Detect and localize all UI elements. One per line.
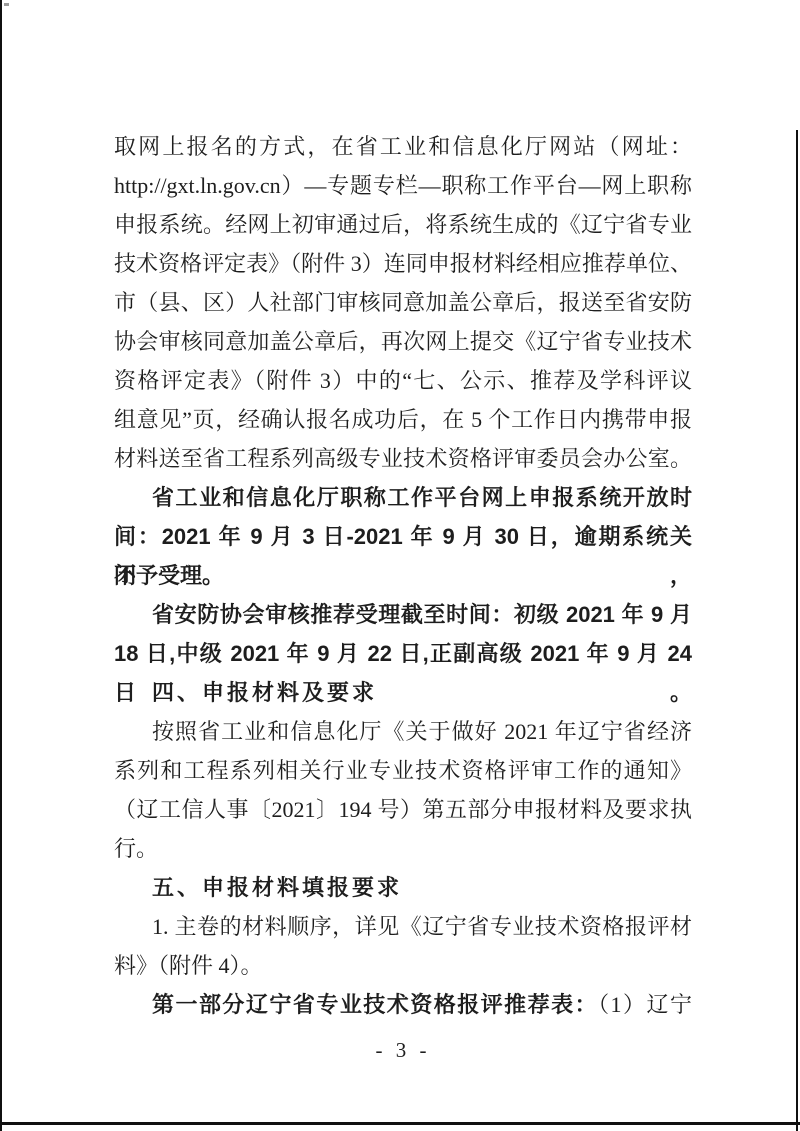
document-line: 间：2021 年 9 月 3 日-2021 年 9 月 30 日，逾期系统关闭， [114,517,692,556]
document-line: 组意见”页，经确认报名成功后，在 5 个工作日内携带申报 [114,400,692,439]
document-line: http://gxt.ln.gov.cn）—专题专栏—职称工作平台—网上职称 [114,166,692,205]
scan-edge-right [796,130,798,1131]
document-line: 1. 主卷的材料顺序，详见《辽宁省专业技术资格报评材 [114,907,692,946]
document-line: 市（县、区）人社部门审核同意加盖公章后，报送至省安防 [114,283,692,322]
scan-edge-bottom [0,1122,800,1125]
section-heading-5: 五、申报材料填报要求 [114,868,692,907]
scan-edge-left [0,0,2,1131]
document-line: 申报系统。经网上初审通过后，将系统生成的《辽宁省专业 [114,205,692,244]
document-line: 行。 [114,829,692,868]
document-line: 协会审核同意加盖公章后，再次网上提交《辽宁省专业技术 [114,322,692,361]
document-line-bold-segment: 第一部分辽宁省专业技术资格报评推荐表： [152,992,598,1017]
document-line: 第一部分辽宁省专业技术资格报评推荐表：（1）辽宁 [114,985,692,1024]
document-line: 资格评定表》（附件 3）中的“七、公示、推荐及学科评议 [114,361,692,400]
document-line: 按照省工业和信息化厅《关于做好 2021 年辽宁省经济 [114,712,692,751]
document-line: 技术资格评定表》（附件 3）连同申报材料经相应推荐单位、 [114,244,692,283]
document-line: 省工业和信息化厅职称工作平台网上申报系统开放时 [114,478,692,517]
document-line: 料》（附件 4）。 [114,946,692,985]
document-line: 省安防协会审核推荐受理截至时间：初级 2021 年 9 月 [114,595,692,634]
document-line: 材料送至省工程系列高级专业技术资格评审委员会办公室。 [114,439,692,478]
document-line: 系列和工程系列相关行业专业技术资格评审工作的通知》 [114,751,692,790]
scan-speck [4,3,9,6]
page-number: - 3 - [114,1038,692,1063]
document-line: 18 日,中级 2021 年 9 月 22 日,正副高级 2021 年 9 月 … [114,634,692,673]
document-page: 取网上报名的方式，在省工业和信息化厅网站（网址： http://gxt.ln.g… [0,0,800,1131]
document-body: 取网上报名的方式，在省工业和信息化厅网站（网址： http://gxt.ln.g… [114,127,692,1024]
document-line: （辽工信人事〔2021〕194 号）第五部分申报材料及要求执 [114,790,692,829]
document-line: 取网上报名的方式，在省工业和信息化厅网站（网址： [114,127,692,166]
document-line-regular-segment: （1）辽宁 [598,992,692,1017]
